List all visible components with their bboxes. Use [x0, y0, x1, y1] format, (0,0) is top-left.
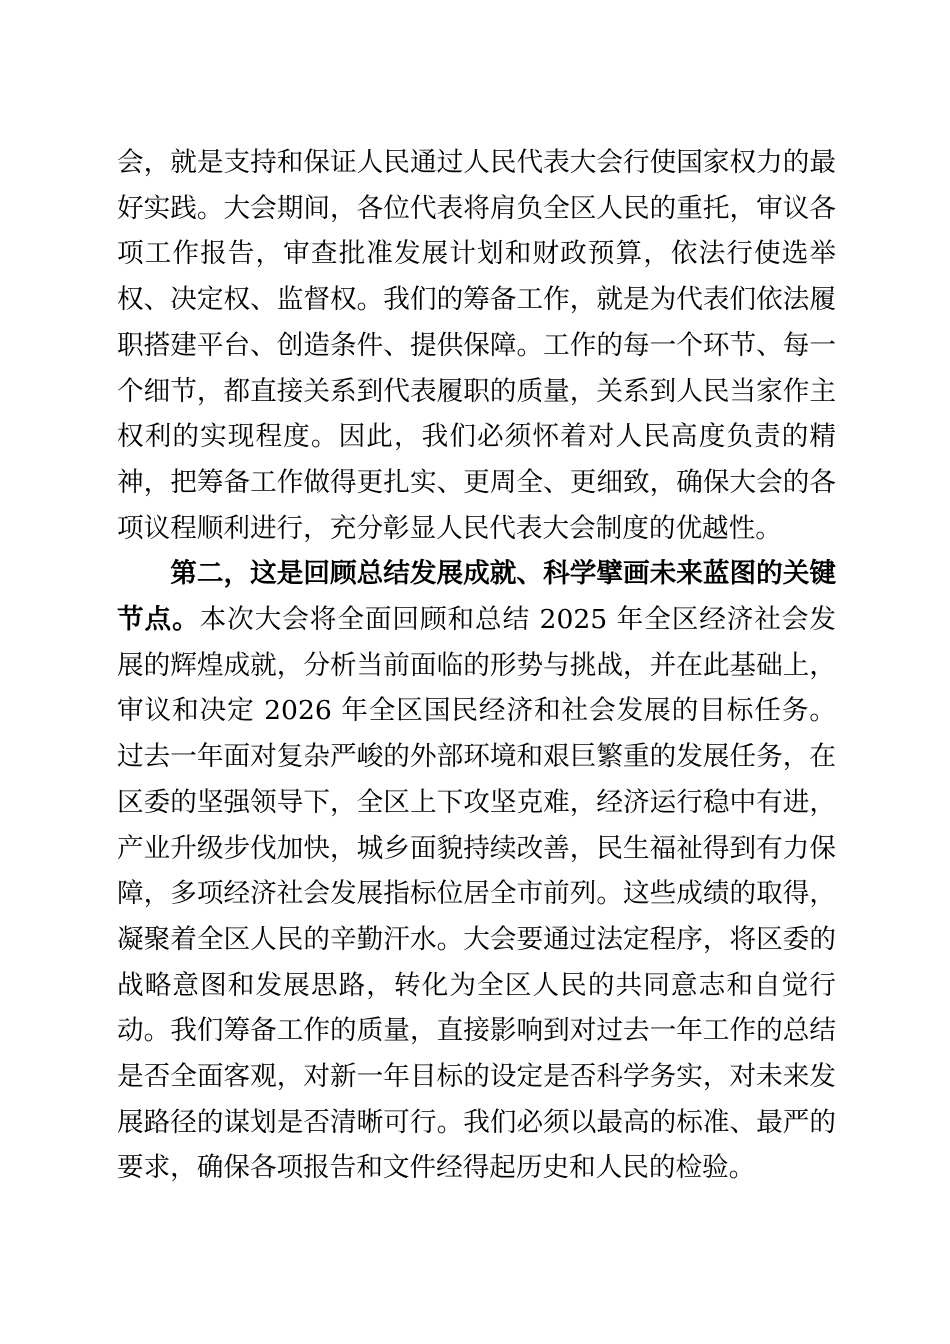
paragraph: 第二，这是回顾总结发展成就、科学擘画未来蓝图的关键节点。本次大会将全面回顾和总结…: [117, 551, 836, 1191]
paragraph: 会，就是支持和保证人民通过人民代表大会行使国家权力的最好实践。大会期间，各位代表…: [117, 140, 836, 551]
document-page: 会，就是支持和保证人民通过人民代表大会行使国家权力的最好实践。大会期间，各位代表…: [0, 0, 950, 1344]
document-body: 会，就是支持和保证人民通过人民代表大会行使国家权力的最好实践。大会期间，各位代表…: [117, 140, 836, 1191]
text-run: 会，就是支持和保证人民通过人民代表大会行使国家权力的最好实践。大会期间，各位代表…: [117, 147, 836, 544]
text-run: 本次大会将全面回顾和总结 2025 年全区经济社会发展的辉煌成就，分析当前面临的…: [117, 604, 836, 1183]
